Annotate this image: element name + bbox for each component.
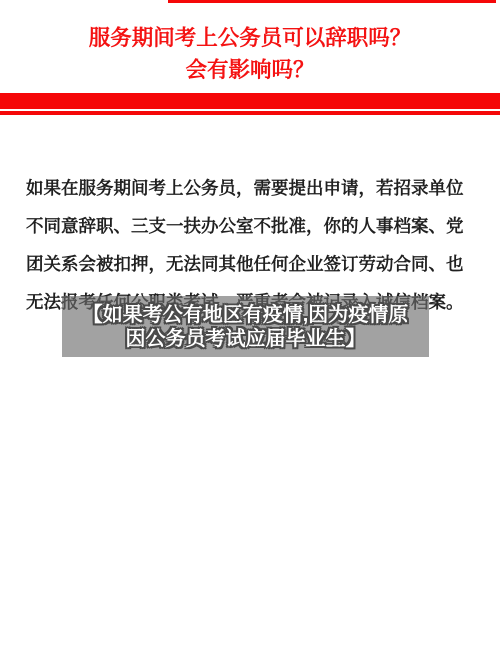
page-title-line-1: 服务期间考上公务员可以辞职吗？ [0, 22, 500, 54]
divider-thin-red [0, 111, 500, 115]
body-line-3: 团关系会被扣押，无法同其他任何企业签订劳动合同、也 [26, 245, 464, 283]
caption-overlay-box: 【如果考公有地区有疫情,因为疫情原 因公务员考试应届毕业生】 [62, 296, 429, 357]
caption-line-1: 【如果考公有地区有疫情,因为疫情原 [83, 303, 409, 327]
page-title: 服务期间考上公务员可以辞职吗？ 会有影响吗？ [0, 22, 500, 86]
divider-thick-red [0, 93, 500, 109]
page-title-line-2: 会有影响吗？ [0, 54, 500, 86]
body-line-1: 如果在服务期间考上公务员，需要提出申请，若招录单位 [26, 169, 464, 207]
top-red-rule [168, 0, 496, 3]
caption-line-2: 因公务员考试应届毕业生】 [126, 327, 366, 351]
article-page: 服务期间考上公务员可以辞职吗？ 会有影响吗？ 如果在服务期间考上公务员，需要提出… [0, 0, 500, 652]
body-line-2: 不同意辞职、三支一扶办公室不批准，你的人事档案、党 [26, 207, 464, 245]
